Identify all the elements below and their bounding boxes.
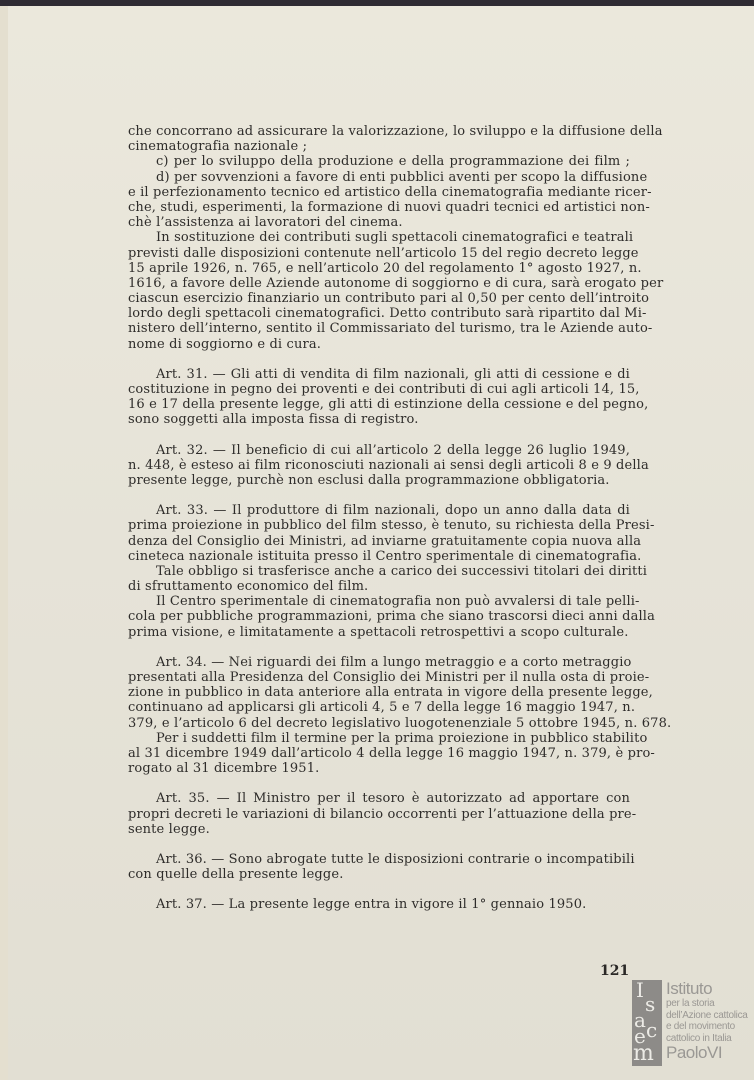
- text-line: lordo degli spettacoli cinematografici. …: [128, 306, 630, 321]
- article-33: Art. 33. — Il produttore di film naziona…: [128, 503, 630, 640]
- watermark-text: Istituto per la storia dell’Azione catto…: [666, 980, 748, 1062]
- text-line: chè l’assistenza ai lavoratori del cinem…: [128, 215, 630, 230]
- watermark-line: PaoloVI: [666, 1044, 748, 1062]
- text-line: presente legge, purchè non esclusi dalla…: [128, 473, 630, 488]
- text-line: zione in pubblico in data anteriore alla…: [128, 685, 630, 700]
- text-line: denza del Consiglio dei Ministri, ad inv…: [128, 534, 630, 549]
- text-line: nistero dell’interno, sentito il Commiss…: [128, 321, 630, 336]
- text-line: Il Centro sperimentale di cinematografia…: [128, 594, 630, 609]
- text-line: 15 aprile 1926, n. 765, e nell’articolo …: [128, 261, 630, 276]
- article-31: Art. 31. — Gli atti di vendita di film n…: [128, 367, 630, 428]
- text-line: che, studi, esperimenti, la formazione d…: [128, 200, 630, 215]
- article-36: Art. 36. — Sono abrogate tutte le dispos…: [128, 852, 630, 882]
- paragraph-item-c: c) per lo sviluppo della produzione e de…: [128, 154, 630, 169]
- watermark-line: e del movimento: [666, 1021, 748, 1033]
- watermark-line: dell’Azione cattolica: [666, 1010, 748, 1022]
- text-line: costituzione in pegno dei proventi e dei…: [128, 382, 630, 397]
- text-line: sono soggetti alla imposta fissa di regi…: [128, 412, 630, 427]
- text-line: cinematografia nazionale ;: [128, 139, 630, 154]
- text-line: nome di soggiorno e di cura.: [128, 337, 630, 352]
- text-line: Tale obbligo si trasferisce anche a cari…: [128, 564, 630, 579]
- text-line: con quelle della presente legge.: [128, 867, 630, 882]
- text-line: Art. 33. — Il produttore di film naziona…: [128, 503, 630, 518]
- text-line: cineteca nazionale istituita presso il C…: [128, 549, 630, 564]
- text-line: previsti dalle disposizioni contenute ne…: [128, 246, 630, 261]
- watermark-logo: I s a e c m Istituto per la storia dell’…: [632, 980, 754, 1070]
- text-line: In sostituzione dei contributi sugli spe…: [128, 230, 630, 245]
- text-line: Art. 36. — Sono abrogate tutte le dispos…: [128, 852, 630, 867]
- text-line: c) per lo sviluppo della produzione e de…: [128, 154, 630, 169]
- text-line: Art. 34. — Nei riguardi dei film a lungo…: [128, 655, 630, 670]
- text-line: di sfruttamento economico del film.: [128, 579, 630, 594]
- monogram-letter: c: [646, 1020, 657, 1040]
- text-line: n. 448, è esteso ai film riconosciuti na…: [128, 458, 630, 473]
- paragraph-item-d: d) per sovvenzioni a favore di enti pubb…: [128, 170, 630, 231]
- text-line: 1616, a favore delle Aziende autonome di…: [128, 276, 630, 291]
- paragraph-intro: che concorrano ad assicurare la valorizz…: [128, 124, 630, 154]
- text-line: prima visione, e limitatamente a spettac…: [128, 625, 630, 640]
- text-line: 16 e 17 della presente legge, gli atti d…: [128, 397, 630, 412]
- text-line: Per i suddetti film il termine per la pr…: [128, 731, 630, 746]
- paragraph-sostituzione: In sostituzione dei contributi sugli spe…: [128, 230, 630, 352]
- text-line: ciascun esercizio finanziario un contrib…: [128, 291, 630, 306]
- text-line: Art. 32. — Il beneficio di cui all’artic…: [128, 443, 630, 458]
- page-number: 121: [600, 963, 629, 979]
- text-line: al 31 dicembre 1949 dall’articolo 4 dell…: [128, 746, 630, 761]
- text-line: Art. 37. — La presente legge entra in vi…: [128, 897, 630, 912]
- text-line: che concorrano ad assicurare la valorizz…: [128, 124, 630, 139]
- text-line: 379, e l’articolo 6 del decreto legislat…: [128, 716, 630, 731]
- text-line: Art. 35. — Il Ministro per il tesoro è a…: [128, 791, 630, 806]
- text-line: rogato al 31 dicembre 1951.: [128, 761, 630, 776]
- monogram-letter: I: [636, 980, 644, 1000]
- article-34: Art. 34. — Nei riguardi dei film a lungo…: [128, 655, 630, 777]
- watermark-line: Istituto: [666, 980, 748, 998]
- text-line: sente legge.: [128, 822, 630, 837]
- article-35: Art. 35. — Il Ministro per il tesoro è a…: [128, 791, 630, 837]
- document-body: che concorrano ad assicurare la valorizz…: [128, 124, 630, 912]
- monogram-block: I s a e c m: [632, 980, 662, 1066]
- text-line: propri decreti le variazioni di bilancio…: [128, 807, 630, 822]
- article-37: Art. 37. — La presente legge entra in vi…: [128, 897, 630, 912]
- text-line: presentati alla Presidenza del Consiglio…: [128, 670, 630, 685]
- monogram-letter: m: [633, 1044, 654, 1064]
- text-line: prima proiezione in pubblico del film st…: [128, 518, 630, 533]
- text-line: d) per sovvenzioni a favore di enti pubb…: [128, 170, 630, 185]
- text-line: Art. 31. — Gli atti di vendita di film n…: [128, 367, 630, 382]
- monogram-letter: s: [645, 994, 655, 1014]
- article-32: Art. 32. — Il beneficio di cui all’artic…: [128, 443, 630, 489]
- watermark-line: per la storia: [666, 998, 748, 1010]
- text-line: e il perfezionamento tecnico ed artistic…: [128, 185, 630, 200]
- text-line: continuano ad applicarsi gli articoli 4,…: [128, 700, 630, 715]
- text-line: cola per pubbliche programmazioni, prima…: [128, 609, 630, 624]
